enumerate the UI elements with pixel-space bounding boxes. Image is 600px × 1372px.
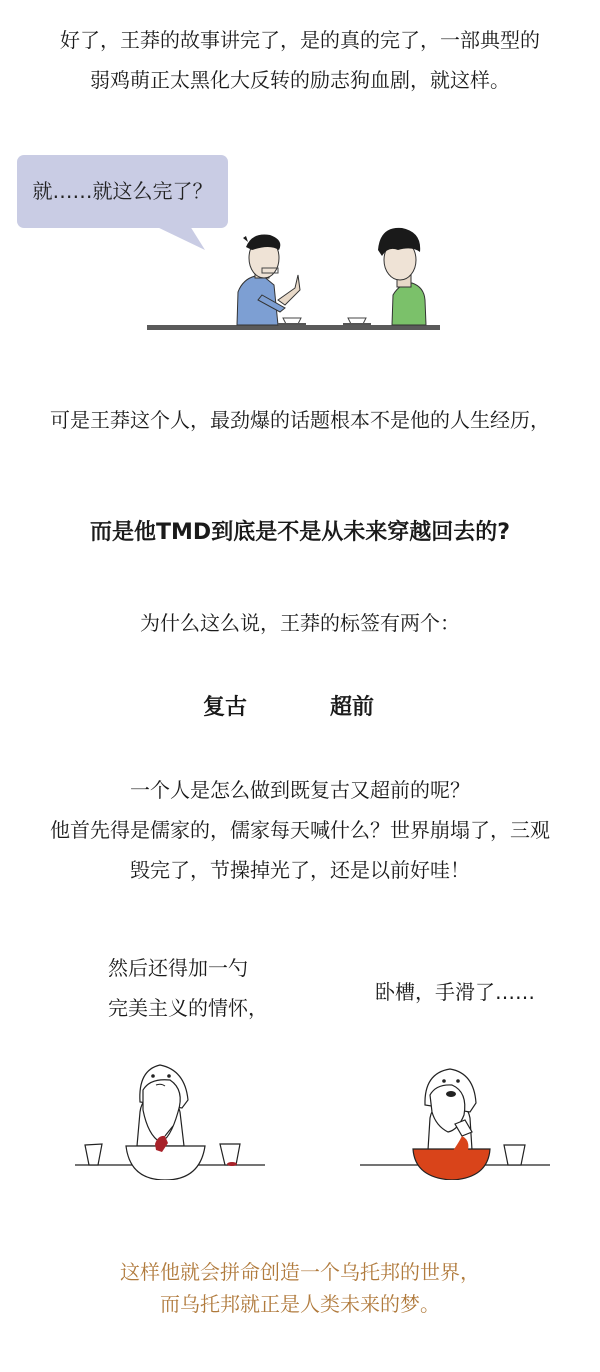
- emphasis-heading: 而是他TMD到底是不是从未来穿越回去的?: [0, 518, 600, 548]
- closing-line-1: 这样他就会拼命创造一个乌托邦的世界，: [0, 1257, 600, 1287]
- teacup-icon: [278, 318, 306, 325]
- table-line: [147, 325, 440, 330]
- paragraph-2-line-1: 可是王莽这个人，最劲爆的话题根本不是他的人生经历，: [0, 405, 600, 435]
- tag-advanced: 超前: [330, 693, 374, 723]
- sage-chef-left-icon: [75, 1065, 265, 1180]
- left-caption-line-2: 完美主义的情怀，: [108, 993, 268, 1023]
- sage-chef-right-icon: [360, 1069, 550, 1180]
- character-green-shirt-icon: [378, 228, 426, 325]
- closing-line-2: 而乌托邦就正是人类未来的梦。: [0, 1289, 600, 1319]
- paragraph-4-line-1: 一个人是怎么做到既复古又超前的呢？: [0, 775, 600, 805]
- comic-panel-cooking: [0, 1040, 600, 1180]
- tag-retro: 复古: [203, 693, 247, 723]
- comic-illustration: [0, 0, 600, 360]
- paragraph-3-line-1: 为什么这么说，王莽的标签有两个：: [0, 608, 600, 638]
- paragraph-4-line-3: 毁完了，节操掉光了，还是以前好哇！: [0, 855, 600, 885]
- paragraph-4-line-2: 他首先得是儒家的，儒家每天喊什么？世界崩塌了，三观: [0, 815, 600, 845]
- left-caption-line-1: 然后还得加一勺: [108, 953, 248, 983]
- teacup-icon: [343, 318, 371, 325]
- character-glasses-icon: [237, 235, 300, 326]
- right-caption: 卧槽，手滑了……: [375, 977, 535, 1007]
- speech-bubble-tail: [155, 226, 205, 250]
